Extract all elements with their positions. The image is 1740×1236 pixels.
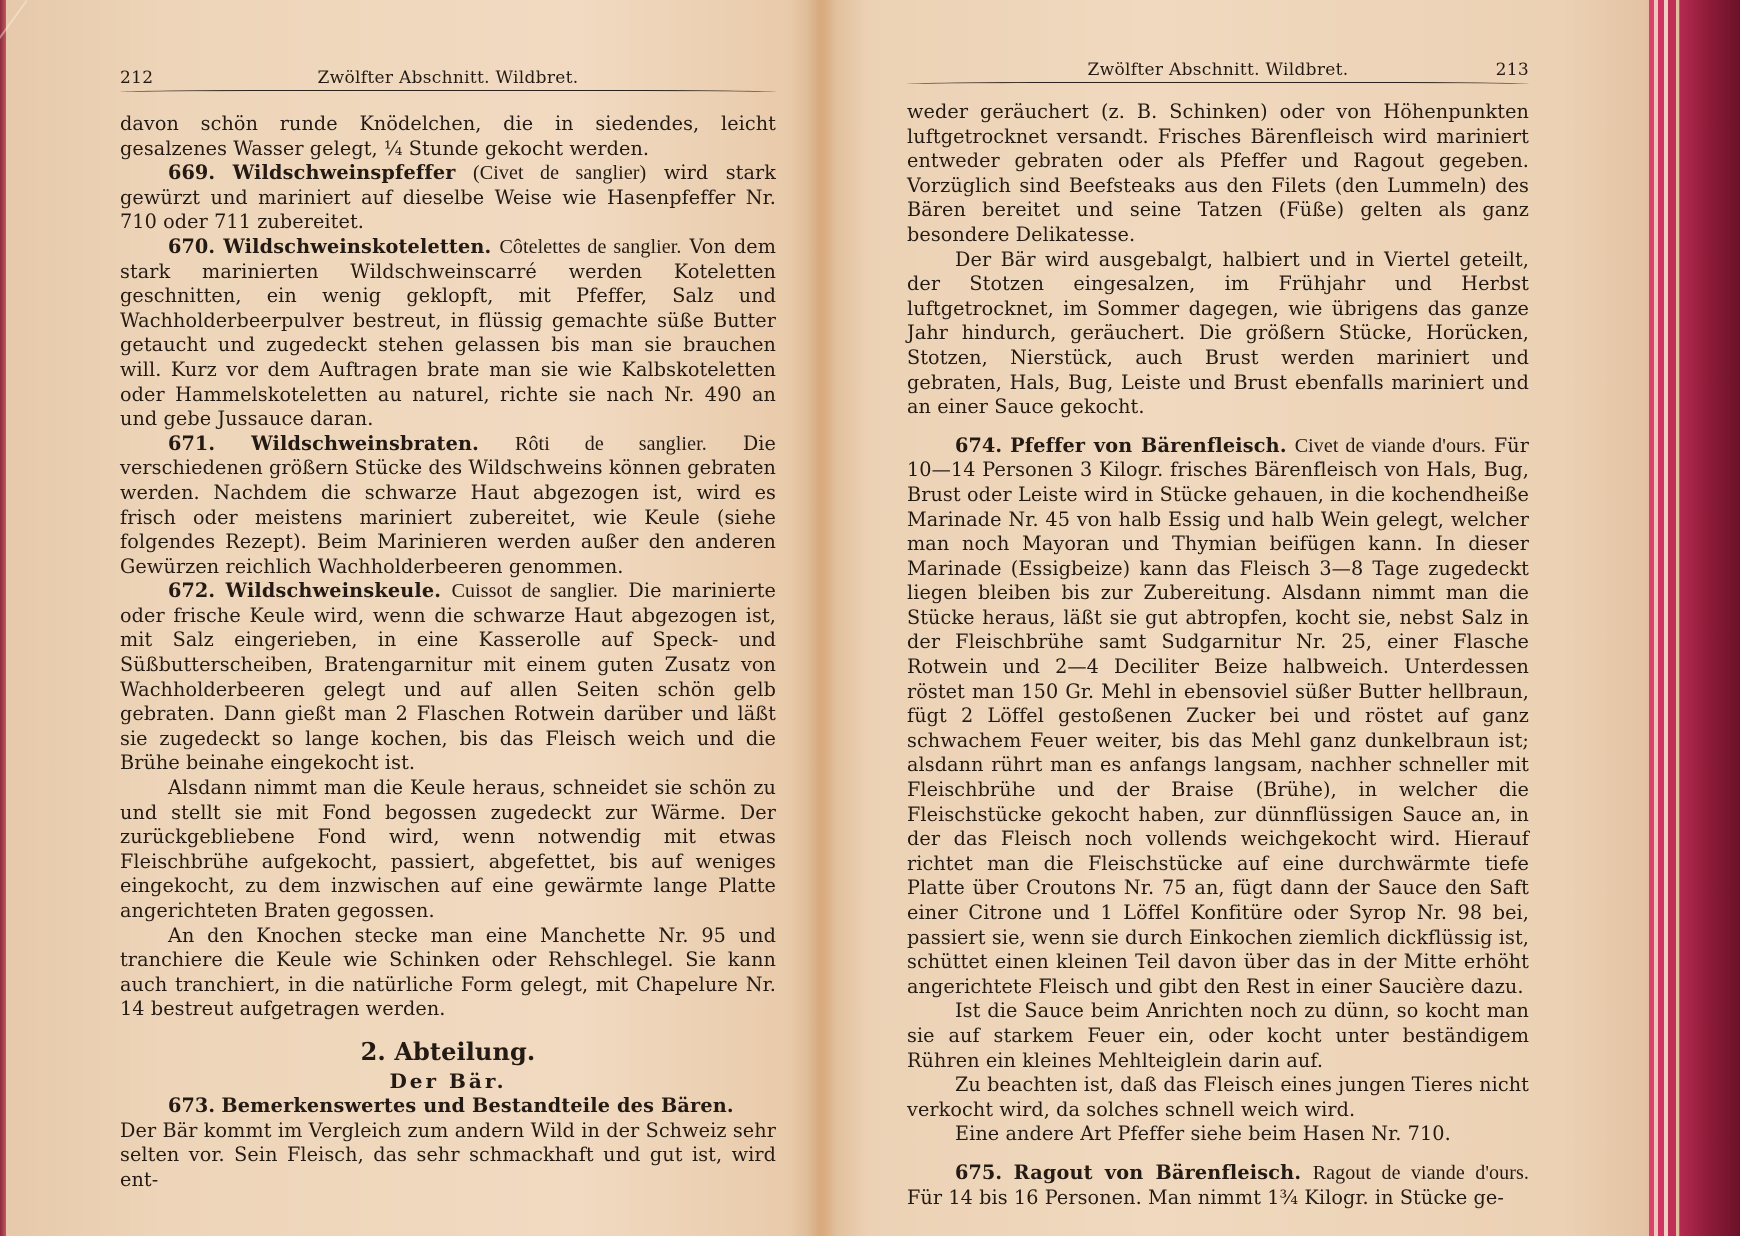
recipe-number: 673. <box>168 1094 215 1117</box>
running-head-right: Zwölfter Abschnitt. Wildbret. 213 <box>907 54 1529 88</box>
recipe-title: Wildschweinskeule. <box>226 579 442 602</box>
recipe-673: 673. Bemerkenswertes und Bestandteile de… <box>120 1094 776 1119</box>
paragraph: Ist die Sauce beim Anrichten noch zu dün… <box>907 999 1529 1073</box>
running-head-title: Zwölfter Abschnitt. Wildbret. <box>120 68 776 88</box>
recipe-title: Bemerkenswertes und Bestandteile des Bär… <box>221 1094 733 1117</box>
paragraph: davon schön runde Knödelchen, die in sie… <box>120 112 776 161</box>
recipe-number: 672. <box>168 579 215 602</box>
header-rule <box>907 82 1529 86</box>
page-number: 213 <box>1496 60 1529 80</box>
section-heading: 2. Abteilung. <box>120 1036 776 1068</box>
left-page-body: davon schön runde Knödelchen, die in sie… <box>120 112 776 1192</box>
recipe-text: Für 10—14 Personen 3 Kilogr. frisches Bä… <box>907 434 1529 998</box>
recipe-text: Für 14 bis 16 Personen. Man nimmt 1¾ Kil… <box>907 1186 1504 1209</box>
recipe-french-name: (Civet de sanglier) <box>473 162 646 184</box>
recipe-670: 670. Wildschweinskoteletten. Côtelettes … <box>120 235 776 432</box>
paragraph: An den Knochen stecke man eine Manchette… <box>120 924 776 1022</box>
recipe-french-name: Civet de viande d'ours. <box>1295 435 1486 457</box>
paragraph: Der Bär wird ausgebalgt, halbiert und in… <box>907 248 1529 420</box>
recipe-title: Wildschweinspfeffer <box>233 161 456 184</box>
right-page-body: weder geräuchert (z. B. Schinken) oder v… <box>907 100 1529 1210</box>
recipe-french-name: Cuissot de sanglier. <box>452 580 618 602</box>
running-head-left: 212 Zwölfter Abschnitt. Wildbret. <box>120 54 776 88</box>
recipe-french-name: Côtelettes de sanglier. <box>499 236 681 258</box>
open-book: 212 Zwölfter Abschnitt. Wildbret. davon … <box>0 0 1740 1236</box>
recipe-text: Die marinierte oder frische Keule wird, … <box>120 579 776 774</box>
section-subheading: Der Bär. <box>120 1068 776 1094</box>
recipe-number: 669. <box>168 161 215 184</box>
recipe-number: 675. <box>955 1161 1002 1184</box>
running-head-title: Zwölfter Abschnitt. Wildbret. <box>907 60 1529 80</box>
paragraph: Der Bär kommt im Vergleich zum andern Wi… <box>120 1119 776 1193</box>
recipe-text: Von dem stark marinierten Wildschweinsca… <box>120 235 776 430</box>
recipe-french-name: Rôti de sanglier. <box>515 433 707 455</box>
recipe-number: 674. <box>955 434 1002 457</box>
recipe-title: Ragout von Bärenfleisch. <box>1014 1161 1302 1184</box>
paragraph: Eine andere Art Pfeffer siehe beim Hasen… <box>907 1122 1529 1147</box>
recipe-671: 671. Wildschweinsbraten. Rôti de sanglie… <box>120 432 776 580</box>
recipe-669: 669. Wildschweinspfeffer (Civet de sangl… <box>120 161 776 235</box>
cover-edge-right <box>1680 0 1740 1236</box>
paragraph: Zu beachten ist, daß das Fleisch eines j… <box>907 1073 1529 1122</box>
recipe-674: 674. Pfeffer von Bärenfleisch. Civet de … <box>907 434 1529 1000</box>
recipe-title: Pfeffer von Bärenfleisch. <box>1010 434 1287 457</box>
recipe-title: Wildschweinsbraten. <box>251 432 479 455</box>
recipe-french-name: Ragout de viande d'ours. <box>1313 1162 1529 1184</box>
recipe-title: Wildschweinskoteletten. <box>223 235 491 258</box>
recipe-675: 675. Ragout von Bärenfleisch. Ragout de … <box>907 1161 1529 1210</box>
paragraph: Alsdann nimmt man die Keule heraus, schn… <box>120 776 776 924</box>
recipe-number: 671. <box>168 432 215 455</box>
paragraph: weder geräuchert (z. B. Schinken) oder v… <box>907 100 1529 248</box>
book-gutter <box>808 0 836 1236</box>
recipe-672: 672. Wildschweinskeule. Cuissot de sangl… <box>120 579 776 776</box>
header-rule <box>120 90 776 94</box>
recipe-number: 670. <box>168 235 215 258</box>
